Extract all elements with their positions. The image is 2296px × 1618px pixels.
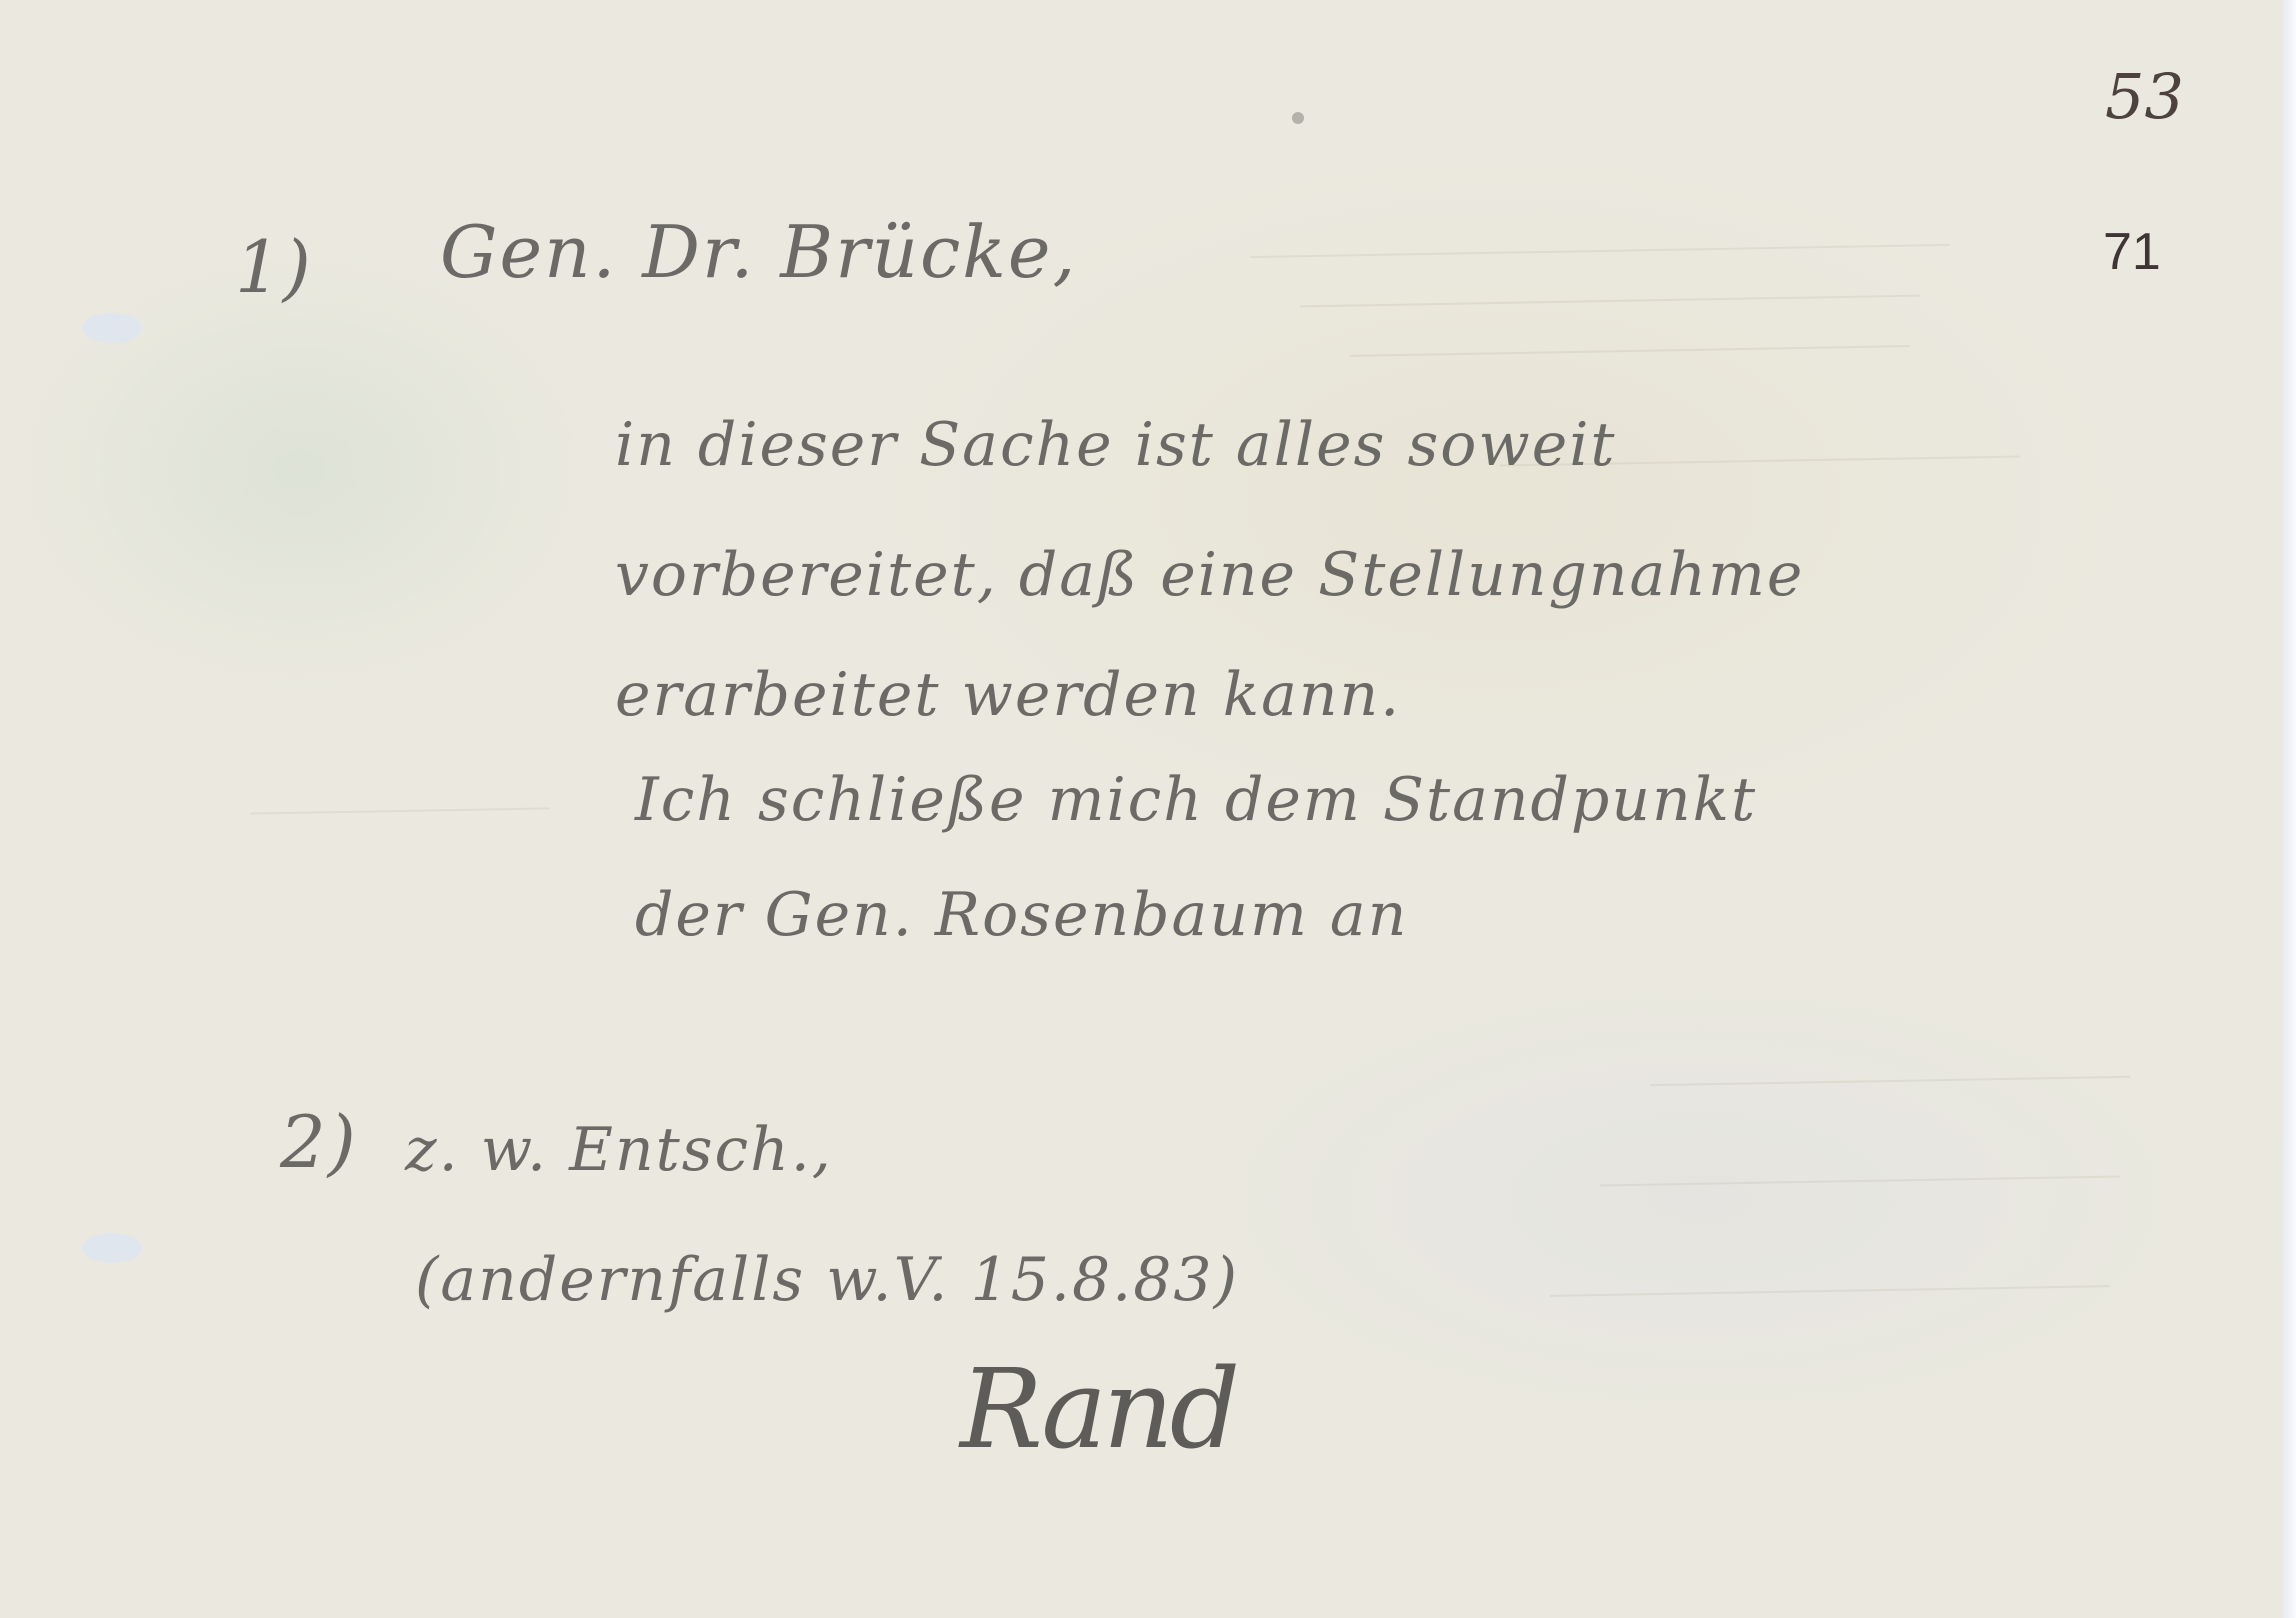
item1-addressee: Gen. Dr. Brücke, bbox=[440, 210, 1077, 294]
show-through-line bbox=[1550, 1285, 2110, 1297]
show-through-line bbox=[1650, 1076, 2130, 1086]
scan-edge bbox=[2282, 0, 2296, 1618]
item1-line: der Gen. Rosenbaum an bbox=[635, 880, 1408, 950]
item1-line: Ich schließe mich dem Standpunkt bbox=[635, 765, 1757, 835]
document-page: 53 71 1) Gen. Dr. Brücke, in dieser Sach… bbox=[0, 0, 2282, 1618]
item1-line: in dieser Sache ist alles soweit bbox=[615, 410, 1617, 480]
item2-line2: (andernfalls w.V. 15.8.83) bbox=[415, 1245, 1239, 1315]
show-through-line bbox=[1350, 345, 1910, 357]
show-through-line bbox=[1600, 1175, 2120, 1186]
signature: Rand bbox=[960, 1345, 1236, 1473]
punch-hole-bottom bbox=[82, 1233, 142, 1263]
show-through-line bbox=[1300, 295, 1920, 308]
item1-number: 1) bbox=[235, 225, 313, 309]
paper-speck bbox=[1292, 112, 1304, 124]
item1-line: vorbereitet, daß eine Stellungnahme bbox=[615, 540, 1804, 610]
folio-stamped: 71 bbox=[2103, 222, 2161, 282]
show-through-line bbox=[1250, 244, 1950, 258]
item2-number: 2) bbox=[280, 1100, 358, 1184]
punch-hole-top bbox=[82, 313, 142, 343]
show-through-line bbox=[250, 807, 550, 814]
folio-handwritten: 53 bbox=[2105, 60, 2184, 133]
item1-line: erarbeitet werden kann. bbox=[615, 660, 1401, 730]
item2-line1: z. w. Entsch., bbox=[405, 1115, 833, 1185]
